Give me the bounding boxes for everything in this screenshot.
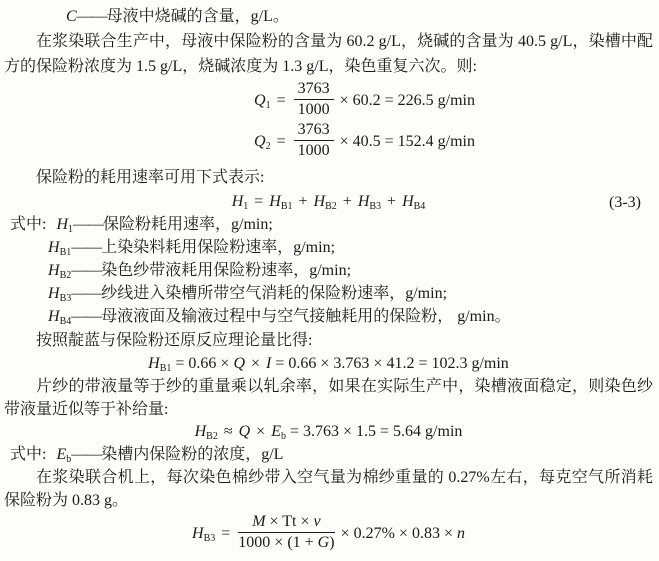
definition-desc: 保险粉耗用速率，g/min;: [103, 216, 273, 233]
formula-variable: H: [358, 193, 370, 210]
formula-result: × 60.2 = 226.5 g/min: [340, 92, 475, 109]
text-run: ，染色重复六次。则:: [328, 58, 476, 75]
text-run: 。: [112, 492, 128, 509]
paragraph-rate-intro: 保险粉的耗用速率可用下式表示:: [4, 165, 653, 190]
formula-segment: = 0.66 ×: [175, 355, 229, 372]
definition-desc: 母液液面及输液过程中与空气接触耗用的保险粉， g/min。: [101, 308, 510, 325]
definition-dash: ——: [71, 446, 101, 463]
subscript: 1: [266, 100, 271, 111]
operator: =: [221, 525, 230, 542]
value-hydrosulfite-conc: 1.5 g/L: [132, 58, 182, 75]
subscript: B3: [369, 201, 381, 212]
subscript: B2: [206, 431, 218, 442]
fraction-numerator: M × Tt × v: [238, 514, 334, 533]
formula-q2: Q2 = 37631000 × 40.5 = 152.4 g/min: [4, 124, 653, 161]
formula-segment: 1000 × (1 +: [238, 534, 317, 551]
definition-row: HB2——染色纱带液耗用保险粉速率，g/min;: [4, 259, 653, 282]
definition-row: HB1——上染染料耗用保险粉速率，g/min;: [4, 236, 653, 259]
operator: ×: [256, 423, 265, 440]
fraction-numerator: 3763: [294, 122, 334, 141]
subscript: B1: [281, 201, 293, 212]
subscript: B4: [60, 316, 72, 327]
formula-hb3: HB3 = M × Tt × v1000 × (1 + G) × 0.27% ×…: [4, 516, 653, 553]
formula-variable: Q: [254, 133, 266, 150]
fraction: 37631000: [294, 81, 334, 118]
text-run: 在浆染联合生产中，母液中保险粉的含量为: [36, 33, 342, 50]
fraction-denominator: 1000: [294, 100, 334, 118]
formula-result: = 3.763 × 1.5 = 5.64 g/min: [290, 423, 462, 440]
fraction-denominator: 1000: [294, 141, 334, 159]
paragraph-air-consumption: 在浆染联合机上，每次染色棉纱带入空气量为棉纱重量的 0.27%左右，每克空气所消…: [4, 466, 653, 512]
fraction-numerator: 3763: [294, 81, 334, 100]
definition-term: H: [56, 216, 68, 233]
subscript: 2: [266, 141, 271, 152]
definition-dash: ——: [73, 216, 103, 233]
definition-row: 式中:H1——保险粉耗用速率，g/min;: [4, 213, 653, 236]
paragraph-indigo-ratio: 按照靛蓝与保险粉还原反应理论量比得:: [4, 328, 653, 353]
formula-segment: × Tt ×: [266, 513, 314, 530]
formula-variable: H: [195, 423, 207, 440]
value-caustic-content: 40.5 g/L: [514, 33, 572, 50]
text-run: ，烧碱浓度为: [182, 58, 278, 75]
operator: +: [299, 193, 308, 210]
definition-dash: ——: [71, 239, 101, 256]
value-air-percent: 0.27%: [444, 469, 490, 486]
subscript: B3: [204, 533, 216, 544]
definition-dash: ——: [77, 8, 107, 25]
definition-desc: 纱线进入染槽所带空气消耗的保险粉速率，g/min;: [101, 285, 447, 302]
definition-desc: 染色纱带液耗用保险粉速率，g/min;: [101, 262, 351, 279]
definition-row: 式中:Eb——染槽内保险粉的浓度，g/L: [4, 443, 653, 466]
definition-dash: ——: [71, 308, 101, 325]
subscript: 1: [243, 201, 248, 212]
formula-body: H1 = HB1 + HB2 + HB3 + HB4: [232, 193, 426, 210]
formula-variable: Q: [239, 423, 251, 440]
fraction-denominator: 1000 × (1 + G): [238, 533, 334, 551]
formula-variable: H: [314, 193, 326, 210]
formula-variable: H: [269, 193, 281, 210]
fraction: 37631000: [294, 122, 334, 159]
definition-row: HB4——母液液面及输液过程中与空气接触耗用的保险粉， g/min。: [4, 305, 653, 328]
subscript: B2: [325, 201, 337, 212]
equation-number: (3-3): [609, 194, 641, 212]
definition-term: E: [56, 446, 66, 463]
formula-variable: v: [314, 513, 321, 530]
formula-hb2: HB2 ≈ Q × Eb = 3.763 × 1.5 = 5.64 g/min: [4, 423, 653, 441]
where-label: 式中:: [10, 216, 46, 233]
formula-hb1: HB1 = 0.66 × Q × I = 0.66 × 3.763 × 41.2…: [4, 355, 653, 373]
definition-term: H: [48, 239, 60, 256]
formula-segment: ): [329, 534, 334, 551]
definition-term: H: [48, 262, 60, 279]
definition-dash: ——: [71, 285, 101, 302]
operator: ≈: [224, 423, 233, 440]
value-hydro-per-gram: 0.83 g: [68, 492, 112, 509]
formula-segment: × 0.27% × 0.83 ×: [341, 525, 453, 542]
formula-result: × 40.5 = 152.4 g/min: [340, 133, 475, 150]
subscript: B1: [60, 247, 72, 258]
formula-variable: Q: [233, 355, 245, 372]
formula-variable: I: [266, 355, 271, 372]
formula-variable: G: [318, 534, 330, 551]
text-run: ，烧碱的含量为: [401, 33, 514, 50]
operator: =: [254, 193, 263, 210]
definition-term: H: [48, 285, 60, 302]
formula-result: = 0.66 × 3.763 × 41.2 = 102.3 g/min: [275, 355, 508, 372]
operator: +: [343, 193, 352, 210]
fraction: M × Tt × v1000 × (1 + G): [238, 514, 334, 551]
operator: ×: [251, 355, 260, 372]
subscript: B4: [414, 201, 426, 212]
operator: +: [387, 193, 396, 210]
definition-term: C: [66, 8, 77, 25]
text-run: 在浆染联合机上，每次染色棉纱带入空气量为棉纱重量的: [36, 469, 444, 486]
value-hydrosulfite-content: 60.2 g/L: [342, 33, 400, 50]
formula-variable: H: [192, 525, 204, 542]
definition-dash: ——: [71, 262, 101, 279]
formula-q1: Q1 = 37631000 × 60.2 = 226.5 g/min: [4, 83, 653, 120]
formula-variable: E: [271, 423, 281, 440]
paragraph-production-intro: 在浆染联合生产中，母液中保险粉的含量为 60.2 g/L，烧碱的含量为 40.5…: [4, 29, 653, 79]
definition-term: H: [48, 308, 60, 325]
definition-line-c: C——母液中烧碱的含量，g/L。: [4, 5, 653, 29]
value-caustic-conc: 1.3 g/L: [278, 58, 328, 75]
definition-desc: 母液中烧碱的含量，g/L。: [107, 8, 289, 25]
subscript: B2: [60, 270, 72, 281]
definition-desc: 染槽内保险粉的浓度，g/L: [101, 446, 283, 463]
subscript: B1: [160, 363, 172, 374]
subscript: B3: [60, 293, 72, 304]
where-label: 式中:: [10, 446, 46, 463]
formula-h1: H1 = HB1 + HB2 + HB3 + HB4 (3-3): [4, 193, 653, 211]
document-page: C——母液中烧碱的含量，g/L。 在浆染联合生产中，母液中保险粉的含量为 60.…: [0, 0, 659, 553]
subscript: b: [281, 431, 286, 442]
formula-variable: H: [232, 193, 244, 210]
formula-variable: n: [457, 525, 465, 542]
formula-variable: M: [252, 513, 265, 530]
formula-variable: H: [148, 355, 160, 372]
paragraph-liquid-carry: 片纱的带液量等于纱的重量乘以轧余率，如果在实际生产中，染槽液面稳定，则染色纱带液…: [4, 375, 653, 421]
definition-row: HB3——纱线进入染槽所带空气消耗的保险粉速率，g/min;: [4, 282, 653, 305]
formula-variable: H: [402, 193, 414, 210]
definition-desc: 上染染料耗用保险粉速率，g/min;: [101, 239, 335, 256]
formula-variable: Q: [254, 92, 266, 109]
operator: =: [277, 92, 286, 109]
operator: =: [277, 133, 286, 150]
